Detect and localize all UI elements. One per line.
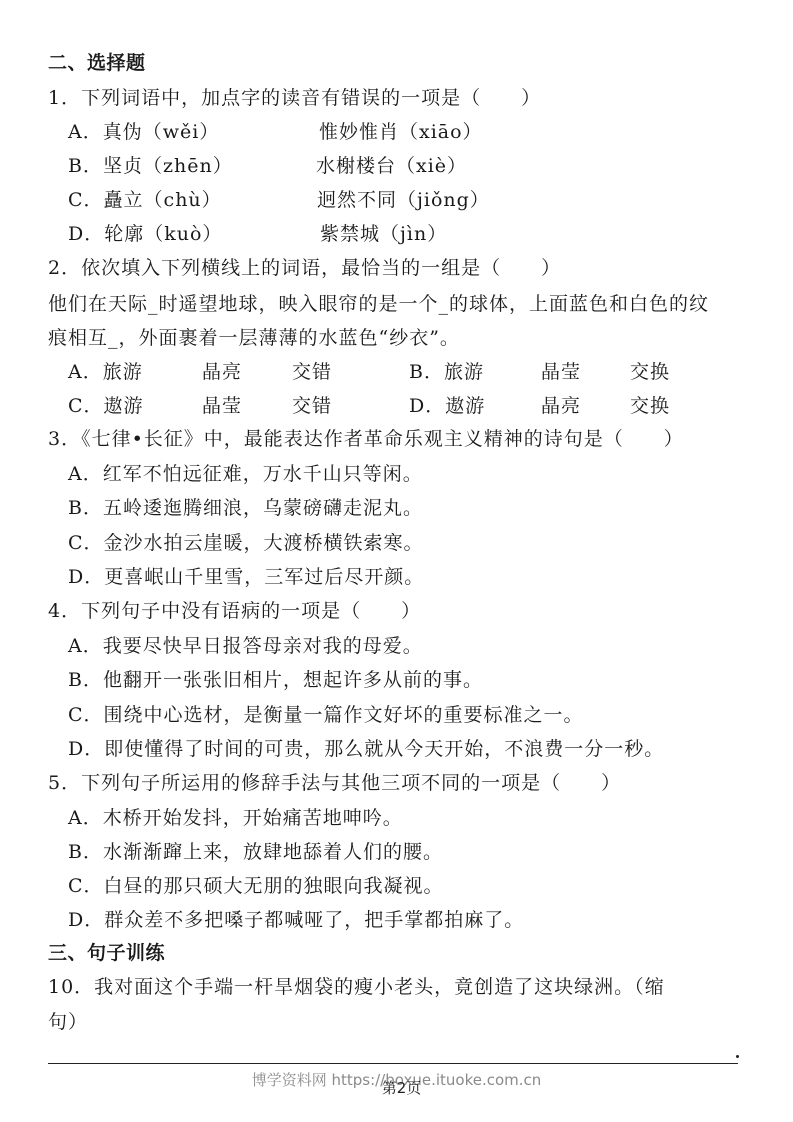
question-10-line-2: 句） xyxy=(48,1010,88,1034)
question-2-passage-line-2: 痕相互_，外面裹着一层薄薄的水蓝色“纱衣”。 xyxy=(48,326,460,350)
question-2-stem: 2．依次填入下列横线上的词语，最恰当的一组是（ ） xyxy=(48,256,561,280)
option-label: C． xyxy=(68,395,104,417)
option-text: 群众差不多把嗓子都喊哑了，把手掌都拍麻了。 xyxy=(104,909,524,931)
q5-option-b: B．水渐渐蹿上来，放肆地舔着人们的腰。 xyxy=(68,840,443,864)
q4-option-b: B．他翻开一张张旧相片，想起许多从前的事。 xyxy=(68,668,483,692)
q5-option-c: C．白昼的那只硕大无朋的独眼向我凝视。 xyxy=(68,874,444,898)
option-label: A． xyxy=(68,807,103,829)
q2-option-a: A．旅游 xyxy=(68,360,143,384)
option-label: D． xyxy=(68,223,104,245)
option-text: 木桥开始发抖，开始痛苦地呻吟。 xyxy=(103,807,403,829)
q3-option-d: D．更喜岷山千里雪，三军过后尽开颜。 xyxy=(68,565,424,589)
q4-option-a: A．我要尽快早日报答母亲对我的母爱。 xyxy=(68,634,423,658)
option-label: B． xyxy=(68,841,103,863)
q1-option-a-left: A．真伪（wěi） xyxy=(68,120,219,144)
section-title-sentence-training: 三、句子训练 xyxy=(48,941,165,965)
option-label: B． xyxy=(68,155,103,177)
option-label: C． xyxy=(68,704,104,726)
q1-option-c-right: 迥然不同（jiǒng） xyxy=(317,188,490,212)
q2-option-c: C．遨游 xyxy=(68,394,144,418)
option-label: C． xyxy=(68,189,104,211)
option-word: 遨游 xyxy=(104,395,144,417)
question-5-stem: 5．下列句子所运用的修辞手法与其他三项不同的一项是（ ） xyxy=(48,771,621,795)
q1-option-a-right: 惟妙惟肖（xiāo） xyxy=(319,120,483,144)
answer-line-end-dot xyxy=(736,1055,739,1058)
option-word: 旅游 xyxy=(103,361,143,383)
question-3-stem: 3．《七律•长征》中，最能表达作者革命乐观主义精神的诗句是（ ） xyxy=(48,427,684,451)
q4-option-d: D．即使懂得了时间的可贵，那么就从今天开始，不浪费一分一秒。 xyxy=(68,737,664,761)
option-text: 轮廓（kuò） xyxy=(104,223,222,245)
q2-option-b-word-2: 晶莹 xyxy=(541,360,581,384)
option-text: 金沙水拍云崖暖，大渡桥横铁索寒。 xyxy=(104,532,424,554)
q4-option-c: C．围绕中心选材，是衡量一篇作文好坏的重要标准之一。 xyxy=(68,703,584,727)
option-text: 我要尽快早日报答母亲对我的母爱。 xyxy=(103,635,423,657)
q2-option-d: D．遨游 xyxy=(409,394,485,418)
question-10-line-1: 10．我对面这个手端一杆旱烟袋的瘦小老头，竟创造了这块绿洲。（缩 xyxy=(48,975,665,999)
q5-option-d: D．群众差不多把嗓子都喊哑了，把手掌都拍麻了。 xyxy=(68,908,524,932)
document-page: 二、选择题 1．下列词语中，加点字的读音有错误的一项是（ ） A．真伪（wěi）… xyxy=(0,0,793,1122)
option-label: B． xyxy=(68,497,103,519)
option-label: A． xyxy=(68,635,103,657)
option-text: 更喜岷山千里雪，三军过后尽开颜。 xyxy=(104,566,424,588)
option-label: B． xyxy=(68,669,103,691)
q1-option-b-right: 水榭楼台（xiè） xyxy=(316,154,467,178)
q2-option-a-word-2: 晶亮 xyxy=(202,360,242,384)
option-label: D． xyxy=(68,738,104,760)
q1-option-c-left: C．矗立（chù） xyxy=(68,188,222,212)
q2-option-a-word-3: 交错 xyxy=(292,360,332,384)
option-label: C． xyxy=(68,532,104,554)
q2-option-c-word-3: 交错 xyxy=(292,394,332,418)
question-4-stem: 4．下列句子中没有语病的一项是（ ） xyxy=(48,599,421,623)
option-text: 红军不怕远征难，万水千山只等闲。 xyxy=(103,463,423,485)
q5-option-a: A．木桥开始发抖，开始痛苦地呻吟。 xyxy=(68,806,403,830)
option-text: 真伪（wěi） xyxy=(103,121,220,143)
option-text: 坚贞（zhēn） xyxy=(103,155,233,177)
option-label: D． xyxy=(68,566,104,588)
q3-option-a: A．红军不怕远征难，万水千山只等闲。 xyxy=(68,462,423,486)
q3-option-b: B．五岭逶迤腾细浪，乌蒙磅礴走泥丸。 xyxy=(68,496,423,520)
option-word: 遨游 xyxy=(445,395,485,417)
q2-option-d-word-2: 晶亮 xyxy=(541,394,581,418)
option-word: 旅游 xyxy=(444,361,484,383)
q3-option-c: C．金沙水拍云崖暖，大渡桥横铁索寒。 xyxy=(68,531,424,555)
option-text: 即使懂得了时间的可贵，那么就从今天开始，不浪费一分一秒。 xyxy=(104,738,664,760)
q1-option-b-left: B．坚贞（zhēn） xyxy=(68,154,233,178)
option-text: 矗立（chù） xyxy=(104,189,222,211)
option-text: 水渐渐蹿上来，放肆地舔着人们的腰。 xyxy=(103,841,443,863)
question-2-passage-line-1: 他们在天际_时遥望地球，映入眼帘的是一个_的球体，上面蓝色和白色的纹 xyxy=(48,292,709,316)
q2-option-b: B．旅游 xyxy=(409,360,484,384)
option-label: D． xyxy=(68,909,104,931)
option-text: 五岭逶迤腾细浪，乌蒙磅礴走泥丸。 xyxy=(103,497,423,519)
q2-option-d-word-3: 交换 xyxy=(630,394,670,418)
question-1-stem: 1．下列词语中，加点字的读音有错误的一项是（ ） xyxy=(48,86,541,110)
q2-option-b-word-3: 交换 xyxy=(630,360,670,384)
q2-option-c-word-2: 晶莹 xyxy=(202,394,242,418)
page-number: 第2页 xyxy=(0,1077,793,1098)
option-text: 他翻开一张张旧相片，想起许多从前的事。 xyxy=(103,669,483,691)
option-label: A． xyxy=(68,463,103,485)
answer-line xyxy=(48,1063,738,1064)
q1-option-d-right: 紫禁城（jìn） xyxy=(320,222,447,246)
q1-option-d-left: D．轮廓（kuò） xyxy=(68,222,222,246)
option-label: D． xyxy=(409,395,445,417)
section-title-choice: 二、选择题 xyxy=(48,51,146,75)
option-label: B． xyxy=(409,361,444,383)
option-label: A． xyxy=(68,121,103,143)
option-text: 围绕中心选材，是衡量一篇作文好坏的重要标准之一。 xyxy=(104,704,584,726)
option-label: C． xyxy=(68,875,104,897)
option-text: 白昼的那只硕大无朋的独眼向我凝视。 xyxy=(104,875,444,897)
option-label: A． xyxy=(68,361,103,383)
